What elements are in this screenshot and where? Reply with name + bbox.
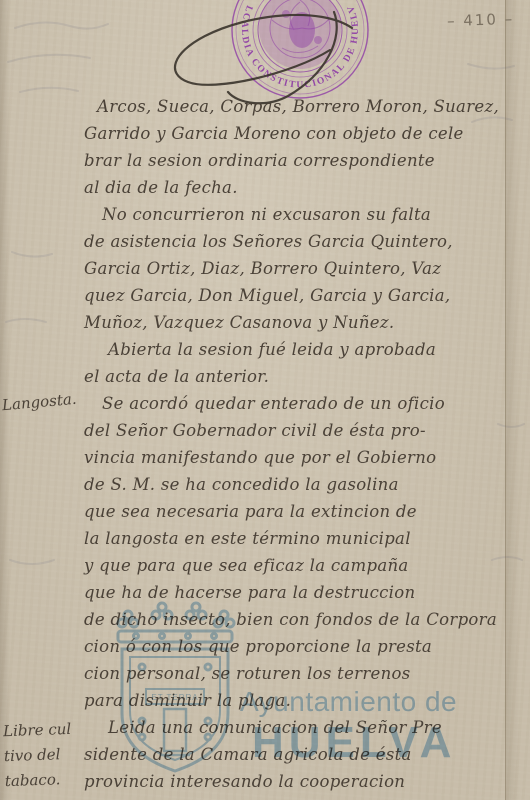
manuscript-line: No concurrieron ni excusaron su falta [84,201,520,228]
margin-note-line: tabaco. [4,767,73,794]
manuscript-line: la langosta en este término municipal [84,525,520,552]
manuscript-line: cion ó con los que proporcione la presta [84,633,520,660]
manuscript-line: para disminuir la plaga. [84,687,520,714]
margin-note-tabaco: Libre cul tivo del tabaco. [3,717,74,794]
stamp-emblem [259,0,341,69]
manuscript-line: sidente de la Camara agricola de ésta [84,741,520,768]
manuscript-line: brar la sesion ordinaria correspondiente [84,147,520,174]
manuscript-line: de dicho insecto, bien con fondos de la … [84,606,520,633]
page-number: – 410 – [447,10,515,30]
manuscript-line: del Señor Gobernador civil de ésta pro- [84,417,520,444]
manuscript-line: al dia de la fecha. [84,174,520,201]
manuscript-line: Garcia Ortiz, Diaz, Borrero Quintero, Va… [84,255,520,282]
manuscript-line: de asistencia los Señores Garcia Quinter… [84,228,520,255]
manuscript-page: – 410 – ALCALDIA CONSTITUCIONAL DE HUELV… [0,0,530,800]
manuscript-line: Se acordó quedar enterado de un oficio [84,390,520,417]
manuscript-line: vincia manifestando que por el Gobierno [84,444,520,471]
manuscript-line: y que para que sea eficaz la campaña [84,552,520,579]
manuscript-line: que ha de hacerse para la destruccion [84,579,520,606]
manuscript-text: Arcos, Sueca, Corpas, Borrero Moron, Sua… [84,93,520,795]
manuscript-line: de S. M. se ha concedido la gasolina [84,471,520,498]
manuscript-line: que sea necesaria para la extincion de [84,498,520,525]
manuscript-line: cion personal, se roturen los terrenos [84,660,520,687]
manuscript-line: Abierta la sesion fué leida y aprobada [84,336,520,363]
margin-note-line: tivo del [4,742,73,769]
manuscript-line: el acta de la anterior. [84,363,520,390]
manuscript-line: Arcos, Sueca, Corpas, Borrero Moron, Sua… [84,93,520,120]
manuscript-line: provincia interesando la cooperacion [84,768,520,795]
manuscript-line: Leida una comunicacion del Señor Pre [84,714,520,741]
manuscript-line: Muñoz, Vazquez Casanova y Nuñez. [84,309,520,336]
margin-note-line: Libre cul [3,717,72,744]
manuscript-line: quez Garcia, Don Miguel, Garcia y Garcia… [84,282,520,309]
manuscript-line: Garrido y Garcia Moreno con objeto de ce… [84,120,520,147]
